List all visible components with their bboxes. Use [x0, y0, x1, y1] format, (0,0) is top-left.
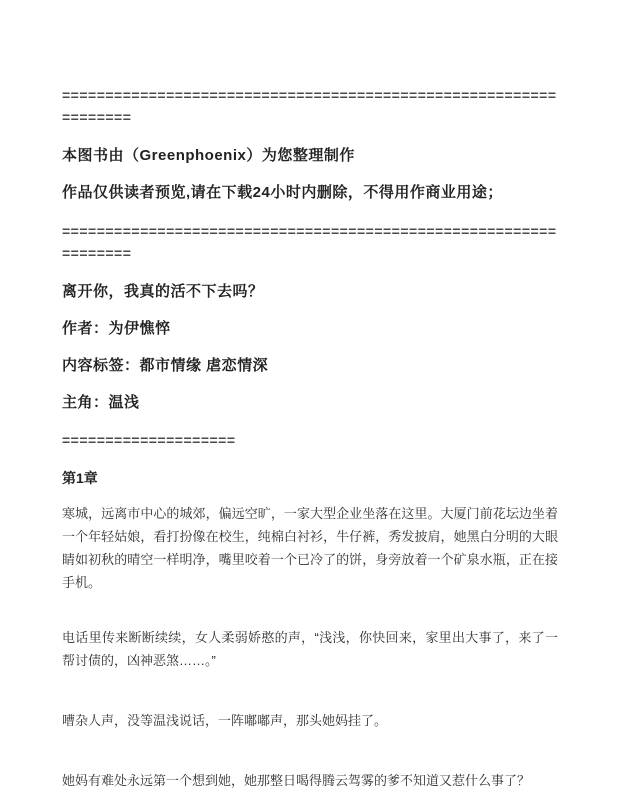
paragraph-thoughts: 她妈有难处永远第一个想到她，她那整日喝得腾云驾雾的爹不知道又惹什么事了？ [62, 769, 558, 792]
maker-notice: 本图书由（Greenphoenix）为您整理制作 [62, 145, 558, 166]
paragraph-hangup: 嘈杂人声，没等温浅说话，一阵嘟嘟声，那头她妈挂了。 [62, 709, 558, 732]
separator-line-top: ========================================… [62, 84, 558, 128]
document-page: ========================================… [0, 0, 618, 799]
book-title: 离开你，我真的活不下去吗？ [62, 281, 558, 302]
paragraph-scene: 寒城，远离市中心的城郊，偏远空旷，一家大型企业坐落在这里。大厦门前花坛边坐着一个… [62, 502, 558, 594]
usage-notice: 作品仅供读者预览,请在下载24小时内删除，不得用作商业用途； [62, 182, 558, 203]
book-tags: 内容标签：都市情缘 虐恋情深 [62, 355, 558, 376]
book-author: 作者：为伊憔悴 [62, 318, 558, 339]
separator-line-short: ==================== [62, 429, 558, 451]
paragraph-phone-call: 电话里传来断断续续，女人柔弱娇憨的声，“浅浅，你快回来，家里出大事了，来了一帮讨… [62, 626, 558, 672]
book-protagonist: 主角：温浅 [62, 392, 558, 413]
chapter-heading: 第1章 [62, 468, 558, 488]
separator-line-mid: ========================================… [62, 220, 558, 264]
